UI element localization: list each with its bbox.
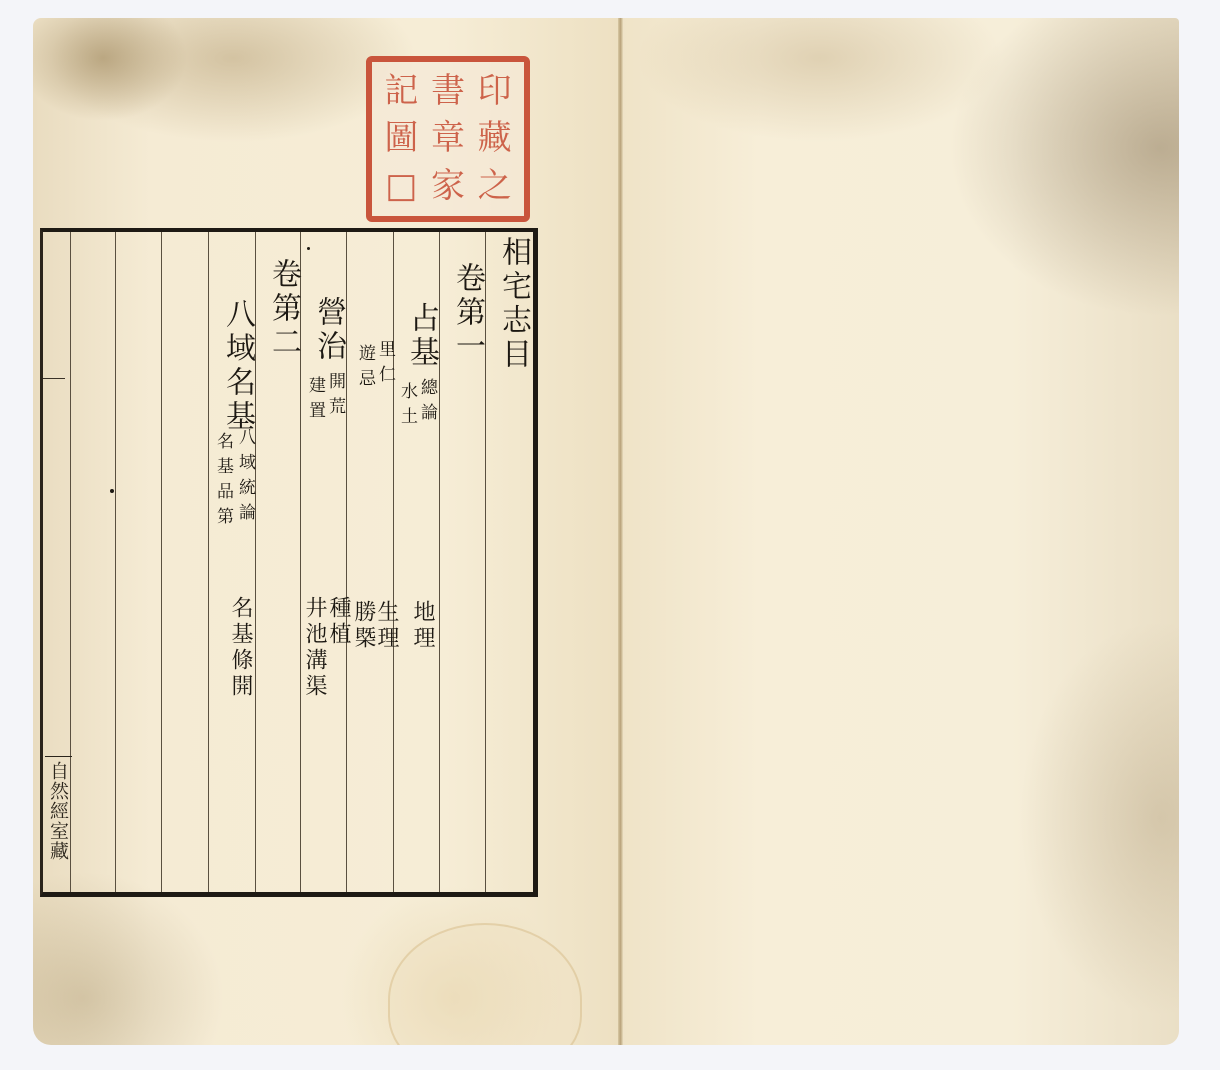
collector-seal: 記 書 印 圖 章 藏 □ 家 之 <box>366 56 530 222</box>
char: 仁 <box>375 365 395 390</box>
subsection-jianzhi: 建置 <box>303 376 328 426</box>
margin-tick <box>43 378 65 379</box>
char: 總 <box>417 378 437 403</box>
char: 基 <box>228 622 253 648</box>
char: 論 <box>235 503 255 528</box>
char: 荒 <box>325 397 345 422</box>
ink-dot <box>110 489 114 493</box>
char: 論 <box>417 403 437 428</box>
right-page <box>620 18 1179 1045</box>
volume-1-label: 卷第一 <box>445 262 489 364</box>
char: 地 <box>410 600 435 626</box>
char: 條 <box>228 648 253 674</box>
char: 渠 <box>302 674 327 700</box>
volume-2-label: 卷第二 <box>261 258 305 360</box>
seal-glyph: 印 <box>471 68 518 115</box>
seal-glyph: 之 <box>471 163 518 210</box>
char: 里 <box>375 340 395 365</box>
section-heading-bayu-mingji: 八域名基 <box>215 298 259 434</box>
char: 開 <box>228 674 253 700</box>
subsection-youji: 遊忌 <box>353 344 378 394</box>
char: 基 <box>213 457 233 482</box>
seal-glyph: 藏 <box>471 115 518 162</box>
subsection-bayu-tonglun: 八域統論 <box>233 428 258 528</box>
column-rule <box>161 232 162 892</box>
char: 置 <box>305 401 325 426</box>
char: 水 <box>397 382 417 407</box>
text-frame: 相宅志目 卷第一 占基 總論 水土 地理 里仁 遊忌 生理 勝槩 營治 開荒 <box>40 228 538 897</box>
item-mingji-tiaokai: 名基條開 <box>225 596 256 700</box>
char: 理 <box>410 626 435 652</box>
seal-glyph: 家 <box>425 163 472 210</box>
book-gutter <box>618 18 623 1045</box>
collector-mark: 自然經室藏 <box>45 756 72 861</box>
char: 名 <box>213 432 233 457</box>
char: 池 <box>302 622 327 648</box>
char: 槩 <box>351 626 376 652</box>
char: 土 <box>397 407 417 432</box>
subsection-shuitu: 水土 <box>395 382 420 432</box>
ink-dot <box>307 247 310 250</box>
char: 開 <box>325 372 345 397</box>
char: 溝 <box>302 648 327 674</box>
char: 名 <box>228 596 253 622</box>
char: 井 <box>302 596 327 622</box>
column-rule <box>393 232 394 892</box>
seal-glyph: 圖 <box>378 115 425 162</box>
char: 域 <box>235 453 255 478</box>
item-jingchi-gouqu: 井池溝渠 <box>299 596 330 700</box>
seal-glyph: 書 <box>425 68 472 115</box>
char: 建 <box>305 376 325 401</box>
char: 遊 <box>355 344 375 369</box>
char: 品 <box>213 482 233 507</box>
column-rule <box>208 232 209 892</box>
char: 統 <box>235 478 255 503</box>
subsection-mingji-pindi: 名基品第 <box>211 432 236 532</box>
char: 八 <box>235 428 255 453</box>
section-heading-zhanji: 占基 <box>399 302 443 370</box>
book-spread: 記 書 印 圖 章 藏 □ 家 之 相宅志目 卷第一 占基 <box>33 18 1179 1045</box>
toc-title: 相宅志目 <box>491 236 535 372</box>
item-dili: 地理 <box>407 600 438 652</box>
seal-glyph: 記 <box>378 68 425 115</box>
char: 第 <box>213 507 233 532</box>
char: 勝 <box>351 600 376 626</box>
char: 忌 <box>355 369 375 394</box>
column-rule <box>115 232 116 892</box>
seal-glyph: □ <box>378 163 425 210</box>
seal-glyph: 章 <box>425 115 472 162</box>
section-heading-yingzhi: 營治 <box>306 296 350 364</box>
